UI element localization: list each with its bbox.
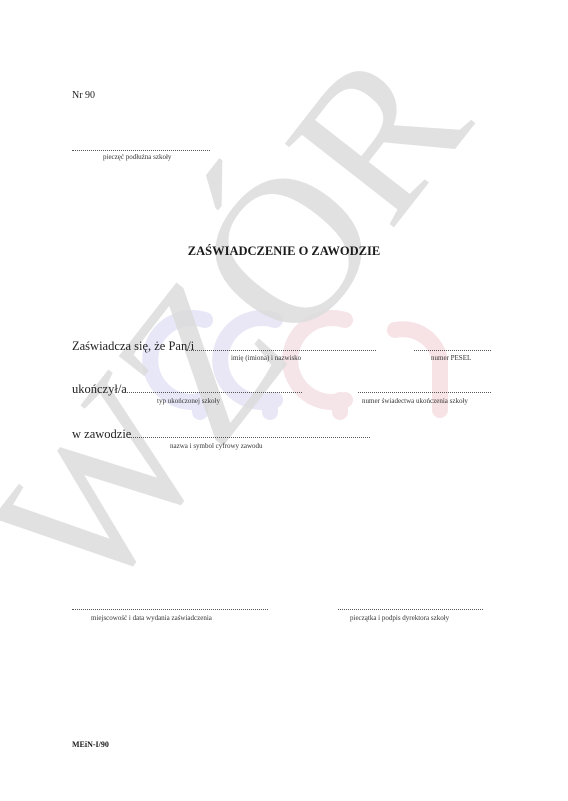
pesel-caption: numer PESEL: [431, 354, 471, 362]
place-date-field[interactable]: [72, 609, 268, 610]
place-date-caption: miejscowość i data wydania zaświadczenia: [91, 614, 212, 622]
footer-code: MEiN-I/90: [72, 740, 109, 749]
certificate-number-field[interactable]: [358, 392, 491, 393]
certify-label: Zaświadcza się, że Pan/i: [72, 339, 194, 354]
school-type-field[interactable]: [124, 392, 302, 393]
completed-label: ukończył/a: [72, 382, 127, 397]
director-signature-field[interactable]: [338, 609, 483, 610]
emblem-watermark-icon: WZÓR: [0, 0, 568, 801]
profession-label: w zawodzie: [72, 427, 131, 442]
director-caption: pieczątka i podpis dyrektora szkoły: [350, 614, 449, 622]
name-field[interactable]: [186, 350, 376, 351]
stamp-line: [72, 150, 210, 151]
profession-caption: nazwa i symbol cyfrowy zawodu: [170, 442, 263, 450]
document-title: ZAŚWIADCZENIE O ZAWODZIE: [0, 244, 568, 259]
document-number: Nr 90: [72, 90, 95, 101]
pesel-field[interactable]: [414, 350, 491, 351]
profession-field[interactable]: [128, 437, 370, 438]
certificate-number-caption: numer świadectwa ukończenia szkoły: [362, 397, 468, 405]
document-page: WZÓR Nr 90 pieczęć podłużna szkoły ZAŚWI…: [0, 0, 568, 801]
stamp-caption: pieczęć podłużna szkoły: [103, 153, 171, 161]
watermark-text: WZÓR: [0, 8, 512, 638]
school-type-caption: typ ukończonej szkoły: [157, 397, 220, 405]
name-caption: imię (imiona) i nazwisko: [231, 354, 301, 362]
